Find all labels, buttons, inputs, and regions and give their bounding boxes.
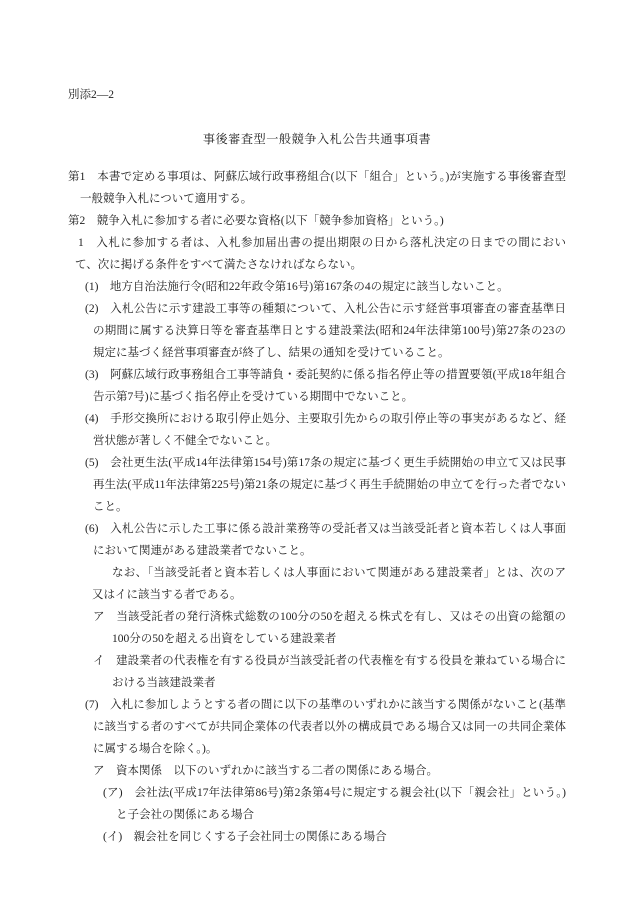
document-title: 事後審査型一般競争入札公告共通事項書: [68, 128, 566, 150]
clause-paragraph: 第1 本書で定める事項は、阿蘇広域行政事務組合(以下「組合」という。)が実施する…: [68, 166, 566, 210]
clause-paragraph: (6) 入札公告に示した工事に係る設計業務等の受託者又は当該受託者と資本若しくは…: [68, 518, 566, 562]
clause-paragraph: (7) 入札に参加しようとする者の間に以下の基準のいずれかに該当する関係がないこ…: [68, 694, 566, 760]
attachment-label: 別添2―2: [68, 84, 566, 106]
clause-paragraph: (ア) 会社法(平成17年法律第86号)第2条第4号に規定する親会社(以下「親会…: [68, 782, 566, 826]
clause-paragraph: ア 資本関係 以下のいずれかに該当する二者の関係にある場合。: [68, 760, 566, 782]
clause-paragraph: (5) 会社更生法(平成14年法律第154号)第17条の規定に基づく更生手続開始…: [68, 452, 566, 518]
clause-paragraph: (4) 手形交換所における取引停止処分、主要取引先からの取引停止等の事実があるな…: [68, 408, 566, 452]
document-page: 別添2―2 事後審査型一般競争入札公告共通事項書 第1 本書で定める事項は、阿蘇…: [0, 0, 630, 915]
clause-paragraph: (2) 入札公告に示す建設工事等の種類について、入札公告に示す経営事項審査の審査…: [68, 298, 566, 364]
document-body: 第1 本書で定める事項は、阿蘇広域行政事務組合(以下「組合」という。)が実施する…: [68, 166, 566, 848]
clause-paragraph: (3) 阿蘇広域行政事務組合工事等請負・委託契約に係る指名停止等の措置要領(平成…: [68, 364, 566, 408]
clause-paragraph: 1 入札に参加する者は、入札参加届出書の提出期限の日から落札決定の日までの間にお…: [68, 232, 566, 276]
clause-paragraph: 第2 競争入札に参加する者に必要な資格(以下「競争参加資格」という。): [68, 210, 566, 232]
clause-paragraph: ア 当該受託者の発行済株式総数の100分の50を超える株式を有し、又はその出資の…: [68, 606, 566, 650]
clause-paragraph: (1) 地方自治法施行令(昭和22年政令第16号)第167条の4の規定に該当しな…: [68, 276, 566, 298]
clause-paragraph: イ 建設業者の代表権を有する役員が当該受託者の代表権を有する役員を兼ねている場合…: [68, 650, 566, 694]
clause-paragraph: (イ) 親会社を同じくする子会社同士の関係にある場合: [68, 826, 566, 848]
clause-paragraph: なお、「当該受託者と資本若しくは人事面において関連がある建設業者」とは、次のア又…: [68, 562, 566, 606]
